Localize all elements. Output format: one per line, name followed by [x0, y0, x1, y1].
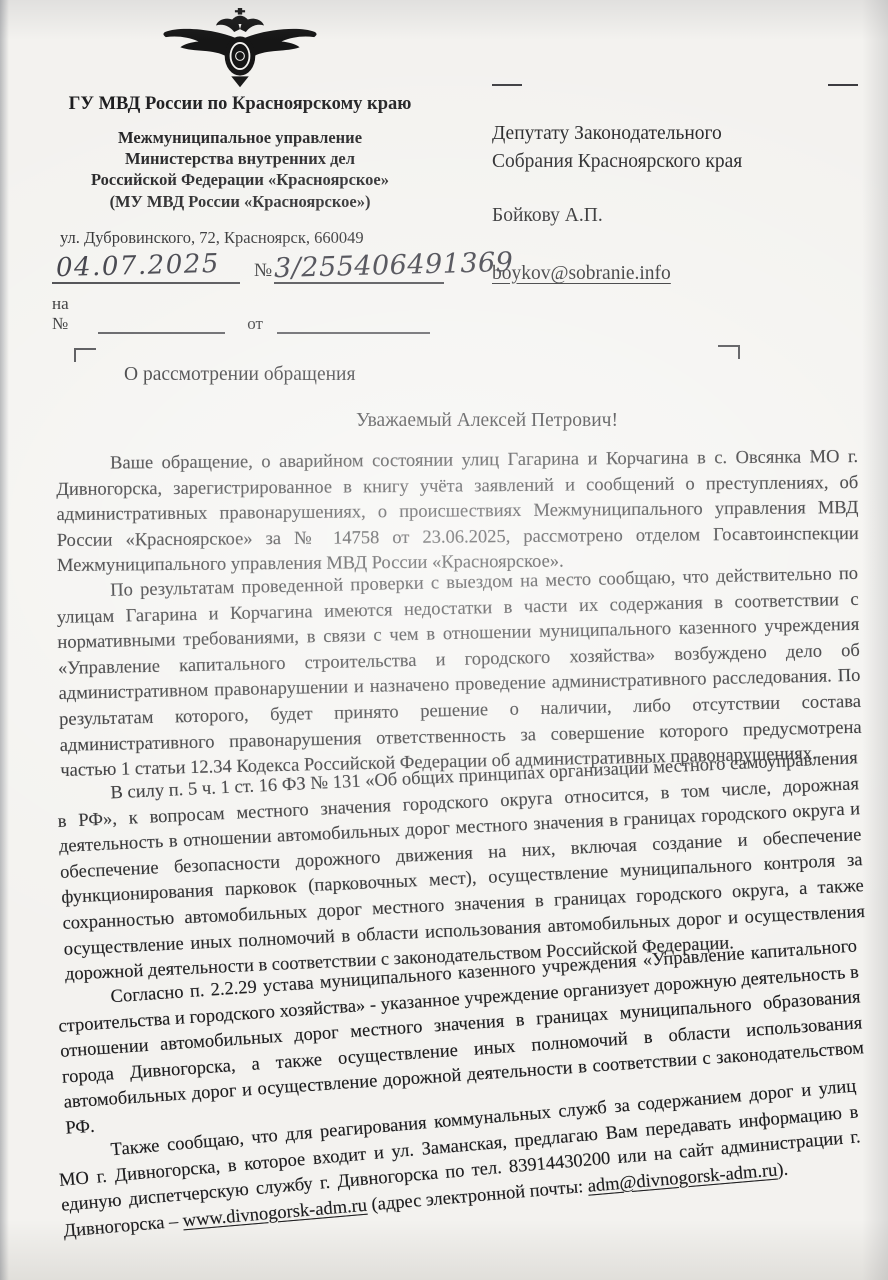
bracket-corner-left-icon: [74, 348, 96, 362]
number-sign: №: [254, 260, 272, 282]
subject-row: О рассмотрении обращения: [0, 348, 888, 400]
scanned-letter-page: ГУ МВД России по Красноярскому краю Межм…: [0, 0, 888, 1280]
department-line-2: Министерства внутренних дел: [50, 148, 430, 169]
postal-address: ул. Дубровинского, 72, Красноярск, 66004…: [50, 228, 430, 248]
department-name: Межмуниципальное управление Министерства…: [50, 127, 430, 211]
ref-na-blank-line: [98, 318, 225, 334]
addressee-email: boykov@sobranie.info: [492, 263, 864, 285]
ref-na-label: на №: [52, 294, 84, 334]
paragraph-1: Ваше обращение, о аварийном состоянии ул…: [56, 445, 859, 580]
mvd-eagle-emblem-icon: [160, 4, 320, 92]
addressee-line-2: Собрания Красноярского края: [492, 148, 864, 176]
addressee-name: Бойкову А.П.: [492, 205, 864, 227]
corner-mark-right: [828, 84, 858, 86]
addressee-block: Депутату Законодательного Собрания Красн…: [430, 4, 888, 334]
department-line-3: Российской Федерации «Красноярское»: [50, 169, 430, 190]
bracket-corner-right-icon: [718, 345, 740, 359]
ref-ot-blank-line: [277, 318, 430, 334]
letterhead: ГУ МВД России по Красноярскому краю Межм…: [0, 0, 888, 334]
handwritten-number: 3/255406491369: [274, 249, 514, 282]
salutation: Уважаемый Алексей Петрович!: [0, 410, 888, 432]
department-line-1: Межмуниципальное управление: [50, 127, 430, 148]
paragraph-5-end: ).: [776, 1159, 788, 1180]
agency-title: ГУ МВД России по Красноярскому краю: [50, 94, 430, 115]
corner-mark-left: [492, 84, 522, 86]
letterhead-left-column: ГУ МВД России по Красноярскому краю Межм…: [0, 4, 430, 334]
subject-line: О рассмотрении обращения: [124, 364, 355, 386]
handwritten-date: 04.07.2025: [56, 251, 220, 281]
date-number-row: 04.07.2025 № 3/255406491369: [50, 252, 430, 284]
date-field: 04.07.2025: [52, 253, 240, 284]
department-line-4: (МУ МВД России «Красноярское»): [50, 191, 430, 212]
form-corner-marks: [492, 84, 864, 86]
ref-ot-label: от: [247, 314, 263, 334]
addressee-line-1: Депутату Законодательного: [492, 120, 864, 148]
number-field: 3/255406491369: [274, 252, 444, 284]
reference-row: на № от: [50, 294, 430, 334]
letter-body: Ваше обращение, о аварийном состоянии ул…: [0, 452, 888, 1245]
